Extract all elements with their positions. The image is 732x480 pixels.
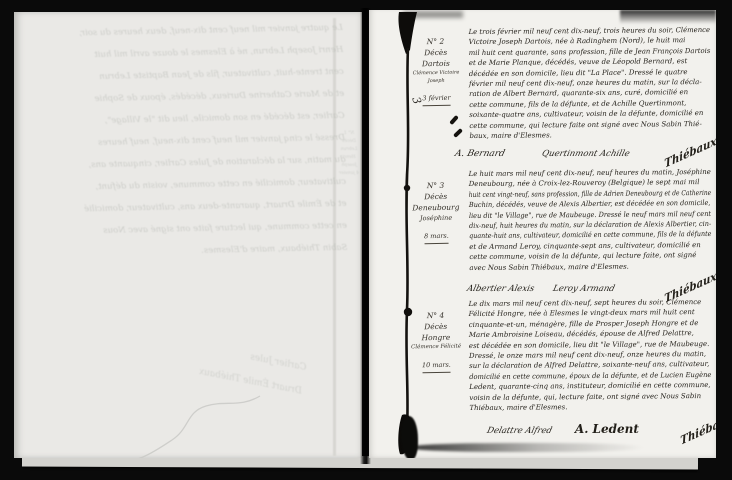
text-line: baux, maire d'Elesmes. <box>469 129 711 142</box>
ink-blot <box>449 115 459 125</box>
text-line: Le trois février mil neuf cent dix-neuf,… <box>469 25 707 37</box>
signatures-row: Delattre Alfred A. Ledent Thiébaux <box>487 418 716 437</box>
bleedthrough-text: Le quatre janvier mil neuf cent dix-neuf… <box>37 17 350 353</box>
text-line: cette commune, qui lecture faite ont sig… <box>469 119 711 132</box>
text-line: Henri Joseph <box>336 154 362 170</box>
right-page-death-register: 3 N° 2 Décès Dartois Clémence Victoire J… <box>369 10 716 458</box>
text-line: domicilié en cette commune, époux de la … <box>469 370 701 382</box>
text-line: avec Nous Sabin Thiébaux, maire d'Elesme… <box>469 261 711 274</box>
death-record-entry: Le trois février mil neuf cent dix-neuf,… <box>469 25 712 142</box>
death-date: 8 mars. <box>424 231 449 244</box>
text-line: cette commune, voisin de la défunte, qui… <box>469 250 711 263</box>
entry-margin-hongre: N° 4 Décès Hongre Clémence Félicité 10 m… <box>404 309 467 373</box>
entry-margin-deneubourg: N° 3 Décès Deneubourg Joséphine 8 mars. <box>404 179 467 244</box>
ink-blob <box>401 416 418 458</box>
text-line: mil huit cent quarante, sans profession,… <box>469 46 706 58</box>
text-line: Décès <box>336 138 362 146</box>
entry-margin-dartois: N° 2 Décès Dartois Clémence Victoire Jos… <box>404 35 467 106</box>
death-date: 10 mars. <box>422 360 451 374</box>
text-line: 4 janvier <box>336 170 362 178</box>
text-line: Thiébaux, maire d'Elesmes. <box>469 401 711 414</box>
text-line: Le huit mars mil neuf cent dix-neuf, neu… <box>469 167 709 180</box>
photo-edge-smudge <box>409 443 644 452</box>
signature: Quertinmont Achille <box>541 149 631 159</box>
signature: Delattre Alfred <box>486 426 553 436</box>
deceased-firstnames: Clémence Félicité <box>405 342 467 352</box>
signatures-row: A. Bernard Quertinmont Achille Thiébaux <box>455 141 716 160</box>
death-record-entry: Le dix mars mil neuf cent dix-neuf, sept… <box>469 297 712 414</box>
ink-blot <box>453 128 463 138</box>
scanner-hair-artifact <box>94 382 294 458</box>
left-page-blank: Le quatre janvier mil neuf cent dix-neuf… <box>14 12 362 458</box>
death-date: 3 février <box>422 93 451 106</box>
scanned-register-spread: Le quatre janvier mil neuf cent dix-neuf… <box>0 0 732 480</box>
photo-edge-smudge <box>620 10 716 24</box>
text-line: quante-huit ans, cultivateur, domicilié … <box>469 230 689 242</box>
signature: A. Bernard <box>454 149 506 159</box>
death-record-entry: Le huit mars mil neuf cent dix-neuf, neu… <box>469 167 712 273</box>
mayor-signature: Thiébaux <box>680 411 716 448</box>
signature: Leroy Armand <box>552 284 616 294</box>
deceased-surname: Deneubourg <box>405 201 467 213</box>
signature: A. Ledent <box>575 422 639 436</box>
signature: Albertier Alexis <box>466 284 536 294</box>
text-line: N° 1 <box>336 130 362 138</box>
deceased-firstnames: Joséphine <box>405 212 467 223</box>
signatures-row: Albertier Alexis Leroy Armand Thiébaux <box>467 276 716 295</box>
text-line: voisin de la défunte, qui, lecture faite… <box>469 391 711 404</box>
bleedthrough-margin-column: N° 1DécèsLebrunHenri Joseph4 janvier <box>336 130 362 178</box>
deceased-firstnames: Clémence Victoire Joseph <box>405 68 467 85</box>
text-line: Lebrun <box>336 146 362 154</box>
